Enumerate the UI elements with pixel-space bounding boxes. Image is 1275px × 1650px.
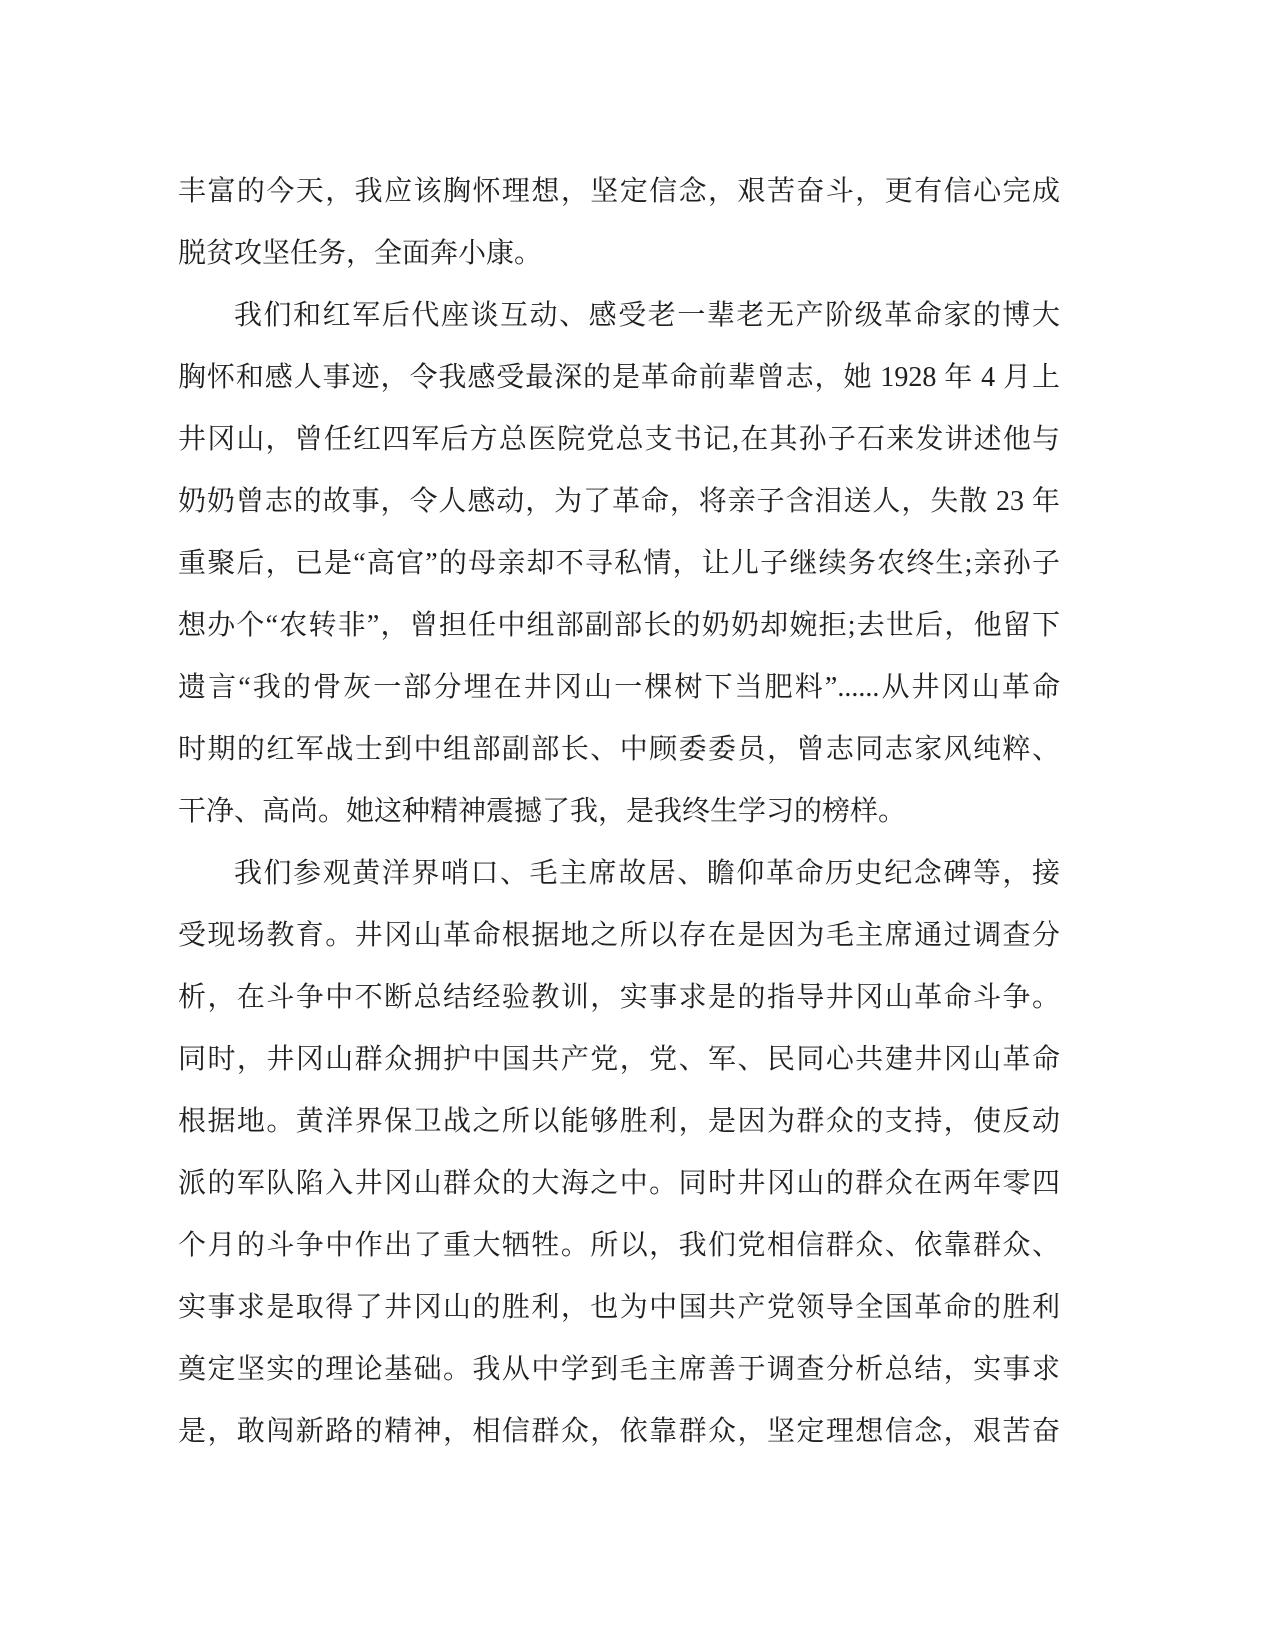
text-line: 实事求是取得了井冈山的胜利，也为中国共产党领导全国革命的胜利: [178, 1277, 1060, 1339]
document-page: 丰富的今天，我应该胸怀理想，坚定信念，艰苦奋斗，更有信心完成 脱贫攻坚任务，全面…: [0, 0, 1275, 1650]
text-line: 脱贫攻坚任务，全面奔小康。: [178, 223, 1060, 285]
text-line: 遗言“我的骨灰一部分埋在井冈山一棵树下当肥料”......从井冈山革命: [178, 657, 1060, 719]
text-line: 派的军队陷入井冈山群众的大海之中。同时井冈山的群众在两年零四: [178, 1153, 1060, 1215]
text-line: 个月的斗争中作出了重大牺牲。所以，我们党相信群众、依靠群众、: [178, 1215, 1060, 1277]
text-line: 干净、高尚。她这种精神震撼了我，是我终生学习的榜样。: [178, 781, 1060, 843]
text-line: 胸怀和感人事迹，令我感受最深的是革命前辈曾志，她 1928 年 4 月上: [178, 347, 1060, 409]
text-line: 析，在斗争中不断总结经验教训，实事求是的指导井冈山革命斗争。: [178, 967, 1060, 1029]
text-line: 想办个“农转非”，曾担任中组部副部长的奶奶却婉拒;去世后，他留下: [178, 595, 1060, 657]
text-line: 重聚后，已是“高官”的母亲却不寻私情，让儿子继续务农终生;亲孙子: [178, 533, 1060, 595]
text-line: 奠定坚实的理论基础。我从中学到毛主席善于调查分析总结，实事求: [178, 1339, 1060, 1401]
text-line: 时期的红军战士到中组部副部长、中顾委委员，曾志同志家风纯粹、: [178, 719, 1060, 781]
text-line: 是，敢闯新路的精神，相信群众，依靠群众，坚定理想信念，艰苦奋: [178, 1401, 1060, 1463]
text-line: 我们参观黄洋界哨口、毛主席故居、瞻仰革命历史纪念碑等，接: [178, 843, 1060, 905]
text-line: 同时，井冈山群众拥护中国共产党，党、军、民同心共建井冈山革命: [178, 1029, 1060, 1091]
document-body: 丰富的今天，我应该胸怀理想，坚定信念，艰苦奋斗，更有信心完成 脱贫攻坚任务，全面…: [178, 161, 1060, 1463]
text-line: 我们和红军后代座谈互动、感受老一辈老无产阶级革命家的博大: [178, 285, 1060, 347]
text-line: 受现场教育。井冈山革命根据地之所以存在是因为毛主席通过调查分: [178, 905, 1060, 967]
text-line: 丰富的今天，我应该胸怀理想，坚定信念，艰苦奋斗，更有信心完成: [178, 161, 1060, 223]
text-line: 奶奶曾志的故事，令人感动，为了革命，将亲子含泪送人，失散 23 年: [178, 471, 1060, 533]
text-line: 根据地。黄洋界保卫战之所以能够胜利，是因为群众的支持，使反动: [178, 1091, 1060, 1153]
text-line: 井冈山，曾任红四军后方总医院党总支书记,在其孙子石来发讲述他与: [178, 409, 1060, 471]
